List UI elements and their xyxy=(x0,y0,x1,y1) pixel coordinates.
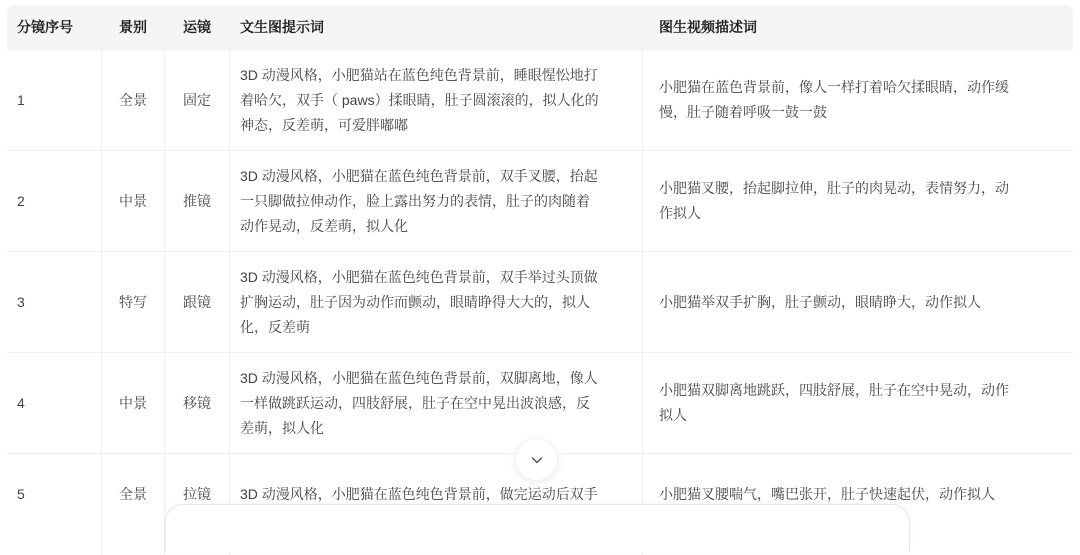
cell-shot-type: 中景 xyxy=(102,353,165,454)
cell-i2v-prompt: 小肥猫叉腰，抬起脚拉伸，肚子的肉晃动，表情努力，动 作拟人 xyxy=(643,151,1073,252)
storyboard-table: 分镜序号 景别 运镜 文生图提示词 图生视频描述词 1 全景 固定 3D 动漫风… xyxy=(7,5,1073,513)
cell-t2i-prompt: 3D 动漫风格，小肥猫在蓝色纯色背景前，双手举过头顶做 扩胸运动，肚子因为动作而… xyxy=(230,252,643,353)
cell-shot-number: 1 xyxy=(7,50,102,151)
cell-camera-move: 移镜 xyxy=(165,353,230,454)
expand-collapse-button[interactable] xyxy=(515,438,558,481)
cell-i2v-prompt: 小肥猫双脚离地跳跃，四肢舒展，肚子在空中晃动，动作 拟人 xyxy=(643,353,1073,454)
cell-i2v-prompt: 小肥猫举双手扩胸，肚子颤动，眼睛睁大，动作拟人 xyxy=(643,252,1073,353)
chevron-down-icon xyxy=(529,452,545,468)
header-shot-type: 景别 xyxy=(102,5,165,50)
table-header: 分镜序号 景别 运镜 文生图提示词 图生视频描述词 xyxy=(7,5,1073,50)
cell-shot-number: 3 xyxy=(7,252,102,353)
cell-t2i-prompt: 3D 动漫风格，小肥猫在蓝色纯色背景前，双脚离地，像人 一样做跳跃运动，四肢舒展… xyxy=(230,353,643,454)
cell-camera-move: 固定 xyxy=(165,50,230,151)
cell-shot-type: 全景 xyxy=(102,50,165,151)
table-row: 1 全景 固定 3D 动漫风格，小肥猫站在蓝色纯色背景前，睡眼惺忪地打 着哈欠，… xyxy=(7,50,1073,151)
header-shot-number: 分镜序号 xyxy=(7,5,102,50)
header-camera-move: 运镜 xyxy=(165,5,230,50)
cell-camera-move: 跟镜 xyxy=(165,252,230,353)
bottom-floating-panel[interactable] xyxy=(165,504,910,513)
cell-shot-type: 全景 xyxy=(102,454,165,513)
table-row: 2 中景 推镜 3D 动漫风格，小肥猫在蓝色纯色背景前，双手叉腰，抬起 一只脚做… xyxy=(7,151,1073,252)
cell-t2i-prompt: 3D 动漫风格，小肥猫站在蓝色纯色背景前，睡眼惺忪地打 着哈欠，双手（ paws… xyxy=(230,50,643,151)
cell-camera-move: 推镜 xyxy=(165,151,230,252)
cell-i2v-prompt: 小肥猫在蓝色背景前，像人一样打着哈欠揉眼睛，动作缓 慢，肚子随着呼吸一鼓一鼓 xyxy=(643,50,1073,151)
header-t2i-prompt: 文生图提示词 xyxy=(230,5,643,50)
cell-shot-type: 特写 xyxy=(102,252,165,353)
cell-shot-number: 4 xyxy=(7,353,102,454)
cell-shot-number: 2 xyxy=(7,151,102,252)
cell-shot-type: 中景 xyxy=(102,151,165,252)
cell-shot-number: 5 xyxy=(7,454,102,513)
table-row: 3 特写 跟镜 3D 动漫风格，小肥猫在蓝色纯色背景前，双手举过头顶做 扩胸运动… xyxy=(7,252,1073,353)
cell-t2i-prompt: 3D 动漫风格，小肥猫在蓝色纯色背景前，双手叉腰，抬起 一只脚做拉伸动作，脸上露… xyxy=(230,151,643,252)
header-i2v-prompt: 图生视频描述词 xyxy=(643,5,1073,50)
